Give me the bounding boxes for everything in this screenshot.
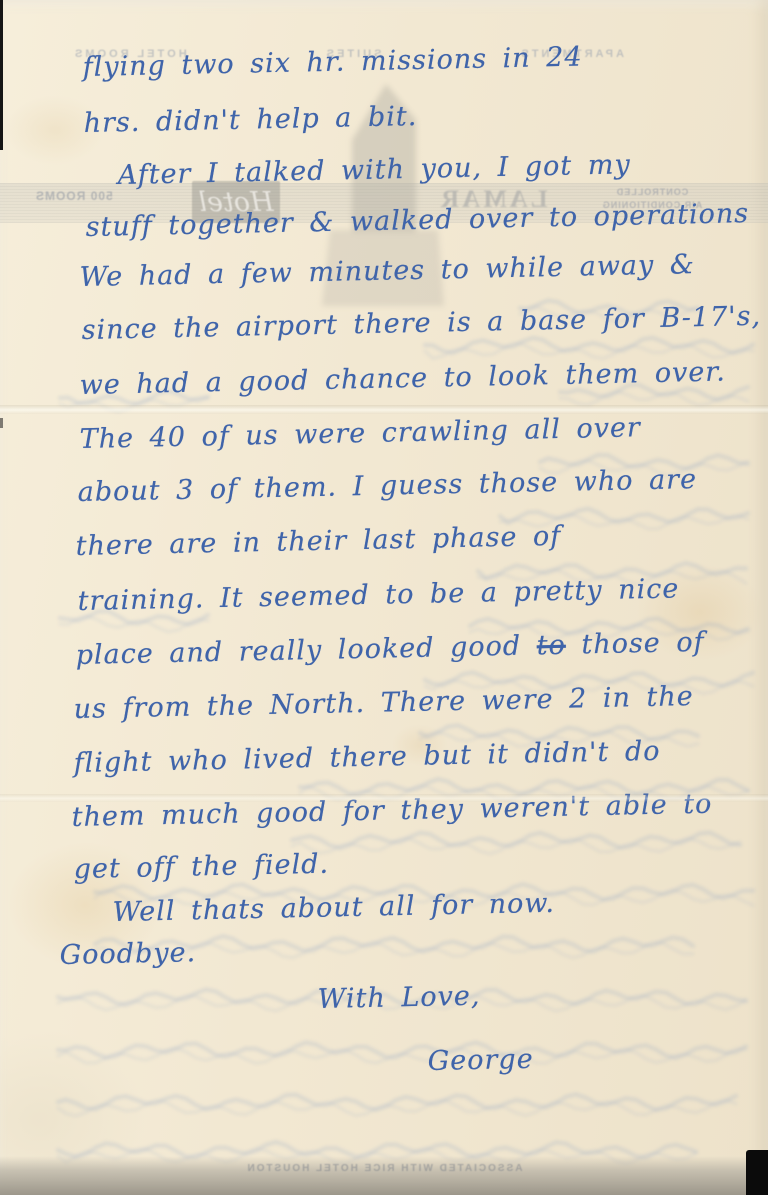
handwritten-line: us from the North. There were 2 in the bbox=[73, 681, 694, 725]
scan-bottom-shadow-band bbox=[0, 1156, 768, 1195]
handwritten-line: place and really looked good to those of bbox=[75, 627, 705, 671]
handwritten-line: flying two six hr. missions in 24 bbox=[82, 42, 583, 83]
handwritten-line: stuff together & walked over to operatio… bbox=[85, 198, 749, 243]
handwritten-line: about 3 of them. I guess those who are bbox=[77, 464, 697, 508]
handwritten-line: The 40 of us were crawling all over bbox=[79, 412, 641, 455]
handwritten-line: hrs. didn't help a bit. bbox=[83, 101, 417, 139]
struck-word: to bbox=[536, 630, 566, 662]
handwritten-line: We had a few minutes to while away & bbox=[79, 249, 695, 293]
scan-left-edge-notch bbox=[0, 418, 3, 428]
handwritten-line: Well thats about all for now. bbox=[112, 888, 555, 928]
letter-scan-page: APARTMENTS SUITES HOTEL ROOMS 500 ROOMS … bbox=[0, 0, 768, 1195]
handwritten-line: George bbox=[427, 1044, 534, 1077]
handwritten-line: since the airport there is a base for B-… bbox=[81, 301, 761, 346]
scan-left-edge-shadow bbox=[0, 0, 3, 150]
handwritten-line: After I talked with you, I got my bbox=[117, 149, 631, 191]
handwriting-layer: flying two six hr. missions in 24hrs. di… bbox=[0, 0, 768, 1195]
handwritten-line: them much good for they weren't able to bbox=[71, 789, 712, 833]
handwritten-line: Goodbye. bbox=[59, 937, 196, 971]
handwritten-line: get off the field. bbox=[73, 849, 329, 885]
handwritten-line: there are in their last phase of bbox=[75, 521, 561, 562]
handwritten-line: we had a good chance to look them over. bbox=[79, 356, 726, 401]
handwritten-line: training. It seemed to be a pretty nice bbox=[77, 573, 679, 617]
handwritten-line: flight who lived there but it didn't do bbox=[73, 736, 660, 779]
handwritten-line: With Love, bbox=[317, 981, 480, 1015]
associated-rice-hotel-label: ASSOCIATED WITH RICE HOTEL HOUSTON bbox=[200, 1163, 568, 1174]
scan-corner-black-mark bbox=[746, 1150, 768, 1195]
